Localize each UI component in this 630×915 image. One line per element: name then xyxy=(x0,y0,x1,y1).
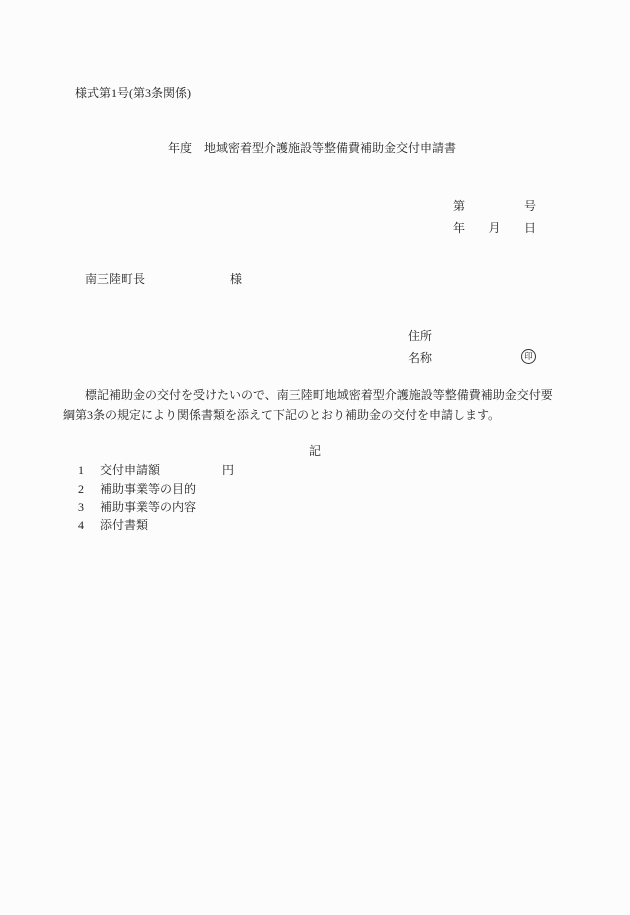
seal-icon: 印 xyxy=(521,349,536,364)
item-number: 4 xyxy=(78,519,97,531)
form-page: 様式第1号(第3条関係) 年度 地域密着型介護施設等整備費補助金交付申請書 第 … xyxy=(0,0,630,915)
applicant-name-label: 名称 xyxy=(408,352,432,364)
addressee-name: 南三陸町長 xyxy=(85,272,145,286)
seal-text: 印 xyxy=(524,352,533,361)
item-number: 1 xyxy=(78,464,97,476)
item-row-attached-documents: 4 添付書類 xyxy=(78,519,148,537)
month-label: 月 xyxy=(488,222,500,234)
applicant-address-label: 住所 xyxy=(408,330,432,342)
item-label: 添付書類 xyxy=(100,518,148,532)
form-label: 様式第1号(第3条関係) xyxy=(75,87,191,99)
item-number: 2 xyxy=(78,483,97,495)
document-number-prefix: 第 xyxy=(453,200,465,212)
document-number-line: 第 号 xyxy=(453,200,536,212)
record-heading: 記 xyxy=(0,445,630,457)
body-paragraph: 標記補助金の交付を受けたいので、南三陸町地域密着型介護施設等整備費補助金交付要綱… xyxy=(63,385,555,425)
document-number-suffix: 号 xyxy=(524,200,536,212)
document-title: 年度 地域密着型介護施設等整備費補助金交付申請書 xyxy=(168,142,456,154)
addressee-line: 南三陸町長 様 xyxy=(85,273,305,285)
item-row-project-purpose: 2 補助事業等の目的 xyxy=(78,483,196,501)
addressee-honorific: 様 xyxy=(230,273,242,285)
year-label: 年 xyxy=(453,222,465,234)
item-label: 補助事業等の目的 xyxy=(100,482,196,496)
item-row-project-content: 3 補助事業等の内容 xyxy=(78,501,196,519)
yen-unit-label: 円 xyxy=(222,464,234,476)
item-number: 3 xyxy=(78,501,97,513)
item-row-application-amount: 1 交付申請額 円 xyxy=(78,464,160,482)
item-label: 補助事業等の内容 xyxy=(100,500,196,514)
item-label: 交付申請額 xyxy=(100,463,160,477)
date-line: 年 月 日 xyxy=(453,222,536,234)
day-label: 日 xyxy=(524,222,536,234)
